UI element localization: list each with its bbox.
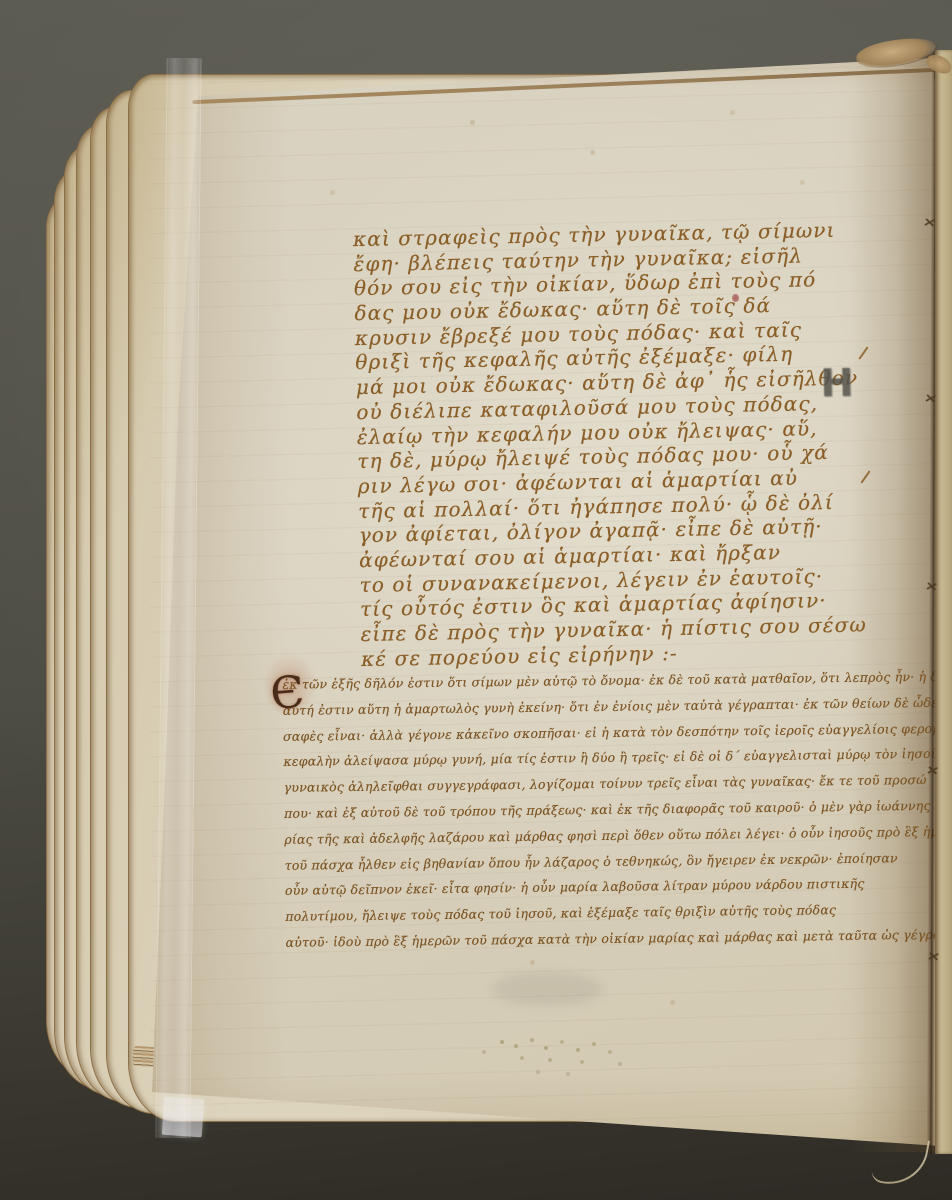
margin-stamp-eta: Η: [813, 360, 860, 407]
gospel-text-block: καὶ στραφεὶς πρὸς τὴν γυναῖκα, τῷ σίμωνι…: [353, 217, 891, 671]
foxing-spots: [470, 120, 475, 125]
sewing-knot-icon: ✕: [926, 950, 941, 965]
repair-tape-end-tab: [162, 1097, 205, 1138]
facing-page-sliver: [935, 50, 952, 1154]
sewing-knot-icon: ✕: [923, 392, 938, 407]
gray-smudge: [492, 972, 602, 1006]
sewing-knot-icon: ✕: [922, 216, 937, 231]
decorated-initial-epsilon: Є: [269, 670, 306, 717]
speckle-stains: [500, 1040, 504, 1044]
commentary-text-block: Є ἐκ τῶν ἑξῆς δῆλόν ἐστιν ὅτι σίμων μὲν …: [282, 664, 915, 955]
sewing-knot-icon: ✕: [924, 580, 939, 595]
loose-thread: [870, 1132, 930, 1190]
sewing-knot-icon: ✕: [925, 764, 940, 779]
photo-background: καὶ στραφεὶς πρὸς τὴν γυναῖκα, τῷ σίμωνι…: [0, 0, 952, 1200]
